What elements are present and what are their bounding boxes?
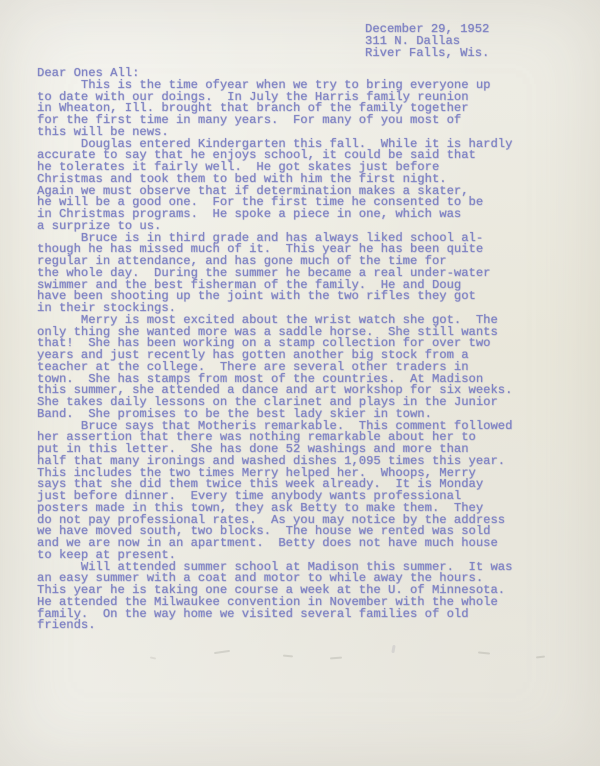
letter-body-text: This is the time ofyear when we try to b… xyxy=(37,80,512,632)
smudge-mark xyxy=(391,645,395,653)
smudge-mark xyxy=(214,650,230,654)
smudge-mark xyxy=(283,655,293,658)
smudge-mark xyxy=(536,656,545,659)
letter-body-block: Dear Ones All: This is the time ofyear w… xyxy=(37,68,512,632)
letter-page: December 29, 1952 311 N. Dallas River Fa… xyxy=(0,0,600,766)
smudge-mark xyxy=(150,656,156,659)
letterhead-block: December 29, 1952 311 N. Dallas River Fa… xyxy=(365,24,489,59)
letterhead-lines: December 29, 1952 311 N. Dallas River Fa… xyxy=(365,24,489,59)
smudge-mark xyxy=(478,651,490,654)
smudge-mark xyxy=(330,657,342,660)
